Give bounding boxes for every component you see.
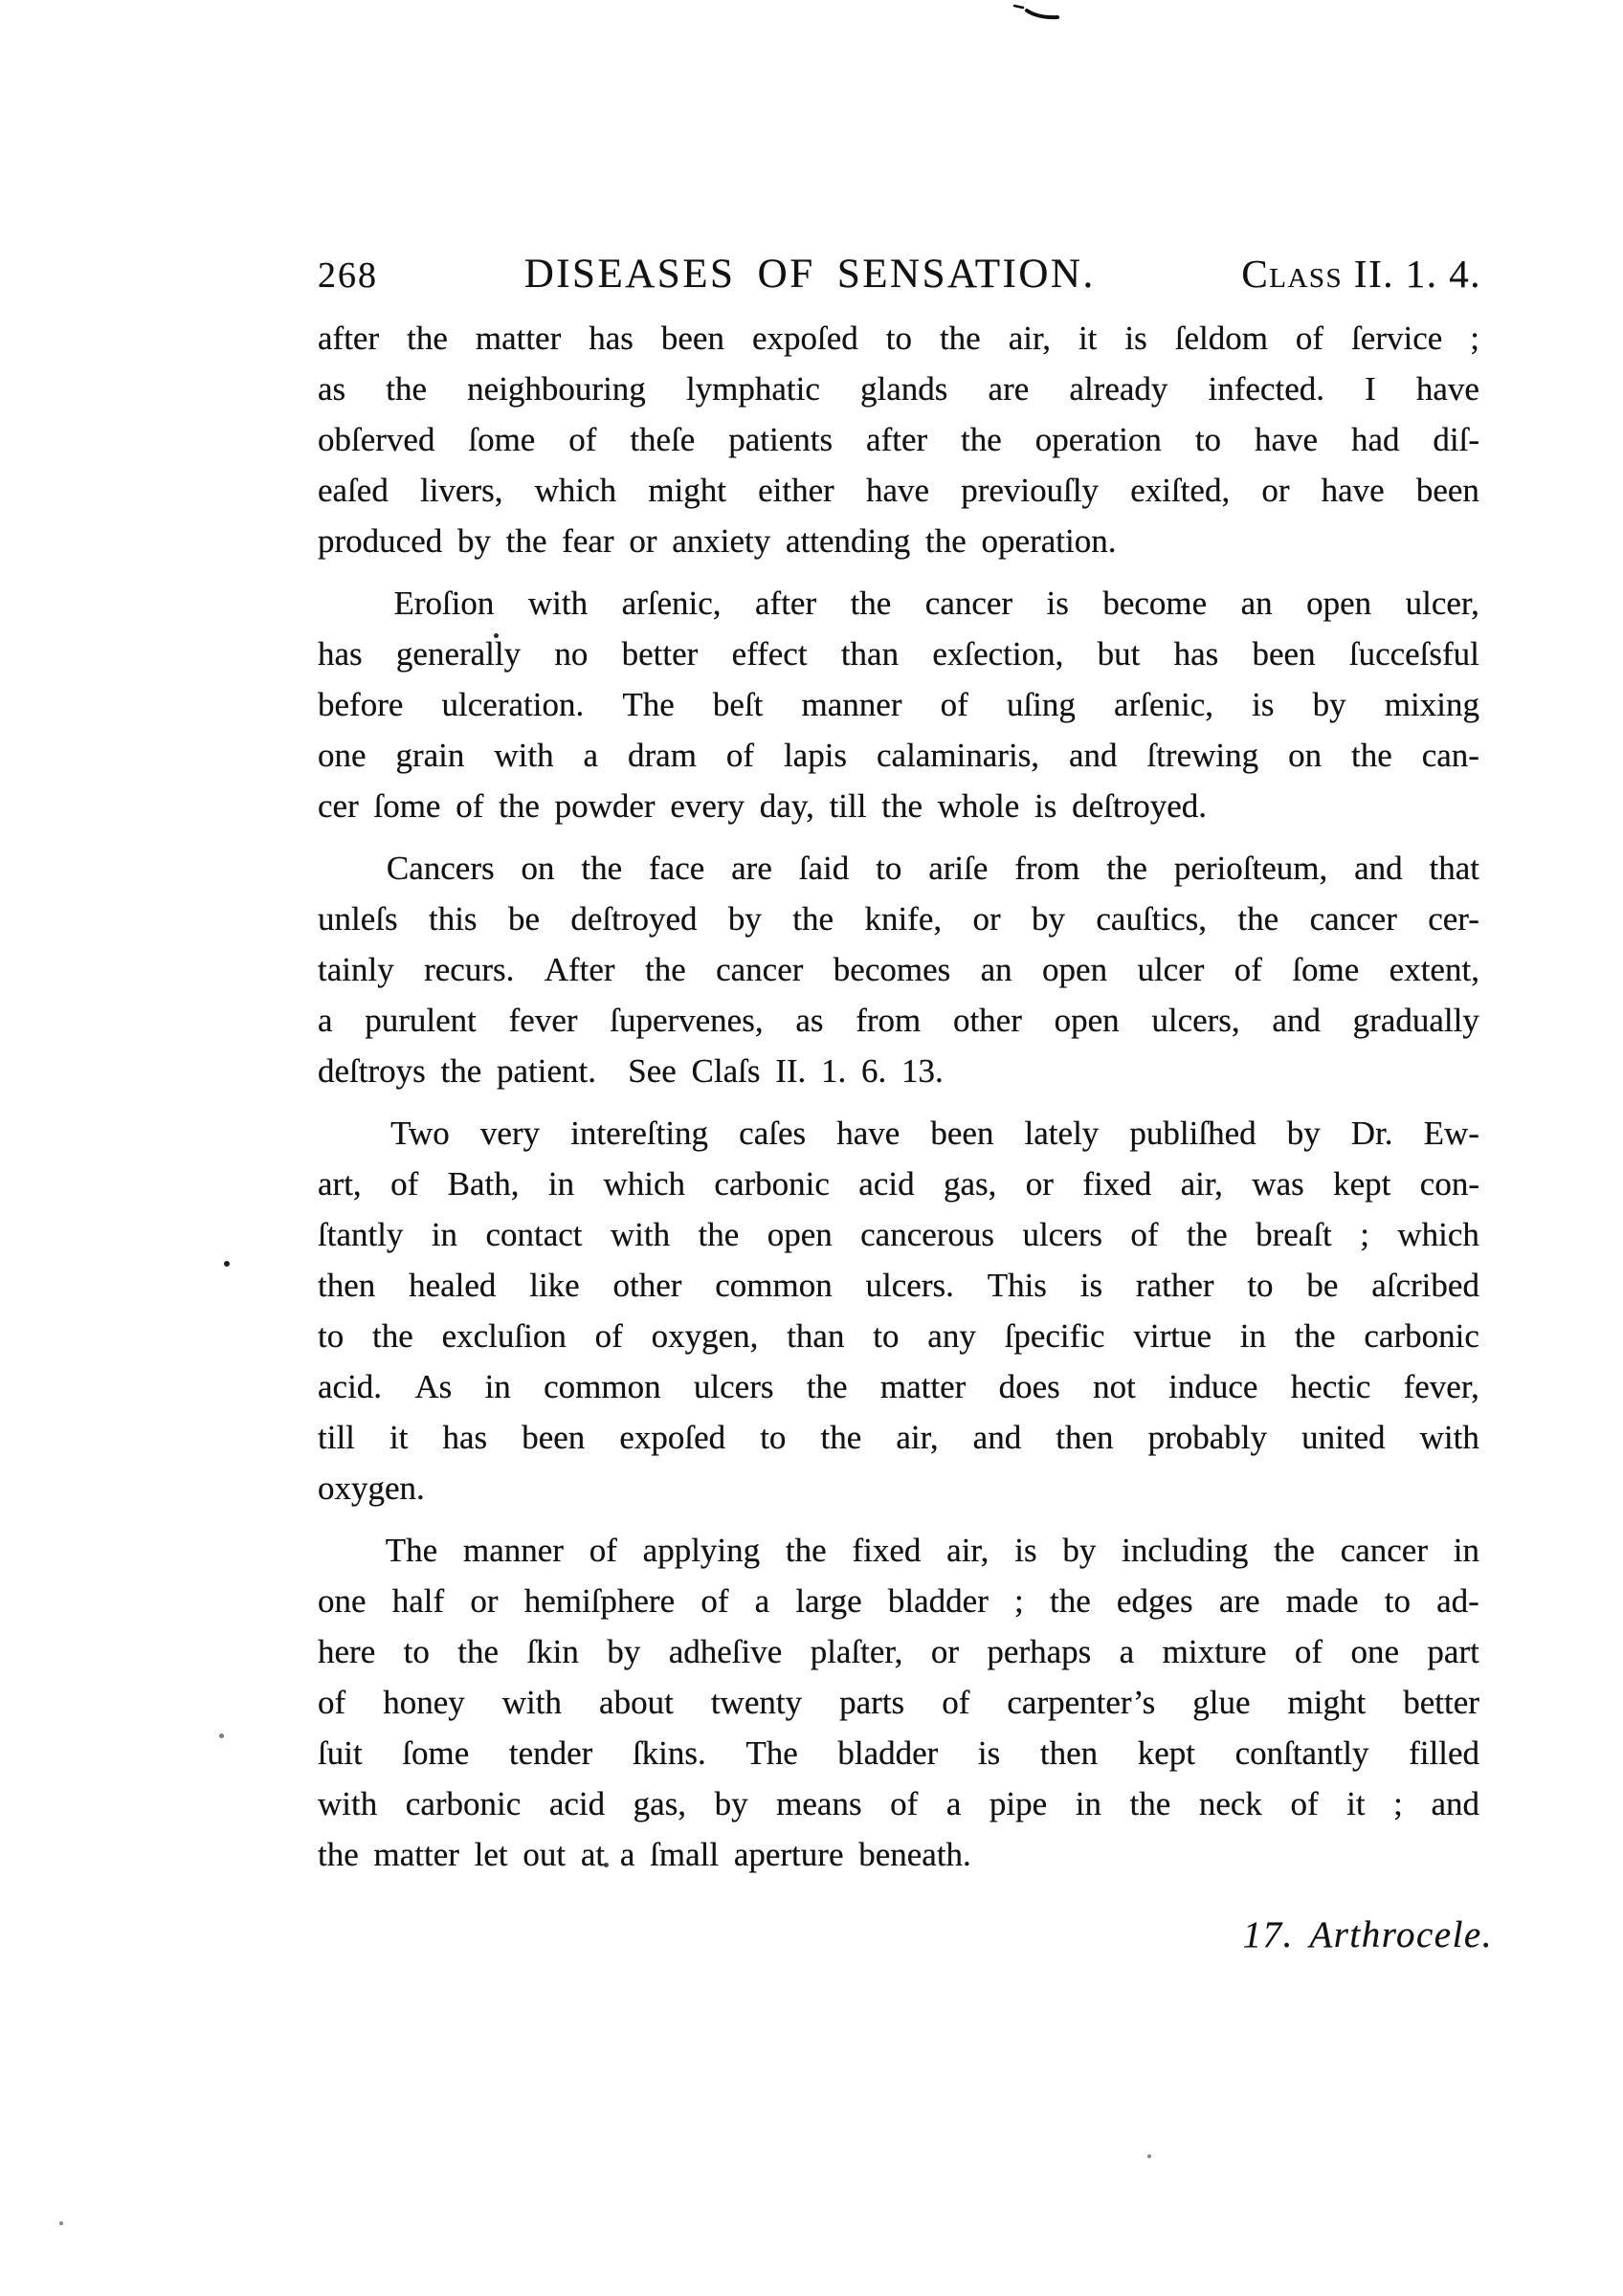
text-line: tillithasbeenexpoſedtotheair,andthenprob… <box>318 1412 1479 1463</box>
pen-stroke-mark <box>1012 2 1062 23</box>
text-line: ſuitſometenderſkins.Thebladderisthenkept… <box>318 1728 1479 1778</box>
text-line: deſtroys the patient. See Claſs II. 1. 6… <box>318 1046 1479 1096</box>
text-line: produced by the fear or anxiety attendin… <box>318 516 1479 566</box>
text-line: heretotheſkinbyadheſiveplaſter,orperhaps… <box>318 1626 1479 1677</box>
ink-dot <box>494 633 499 638</box>
paragraph: Themannerofapplyingthefixedair,isbyinclu… <box>318 1525 1479 1880</box>
text-line: Themannerofapplyingthefixedair,isbyinclu… <box>318 1525 1479 1576</box>
class-label: Class II. 1. 4. <box>1241 251 1481 297</box>
ink-dot <box>219 1733 224 1738</box>
text-line: obſervedſomeoftheſepatientsaftertheopera… <box>318 414 1479 465</box>
text-line: withcarbonicacidgas,bymeansofapipeinthen… <box>318 1778 1479 1829</box>
text-line: afterthematterhasbeenexpoſedtotheair,iti… <box>318 313 1479 364</box>
text-line: eaſedlivers,whichmighteitherhavepreviouſ… <box>318 465 1479 516</box>
text-line: apurulentfeverſupervenes,asfromotheropen… <box>318 995 1479 1046</box>
text-line: onegrainwithadramoflapiscalaminaris,andſ… <box>318 730 1479 781</box>
text-line: hasgenerallynobettereffectthanexſection,… <box>318 629 1479 679</box>
paragraph: Cancersonthefaceareſaidtoariſefromtheper… <box>318 843 1479 1096</box>
paragraph: afterthematterhasbeenexpoſedtotheair,iti… <box>318 313 1479 566</box>
ink-dot <box>604 1863 609 1867</box>
text-line: cer ſome of the powder every day, till t… <box>318 781 1479 831</box>
text-line: Eroſionwitharſenic,afterthecancerisbecom… <box>318 578 1479 629</box>
text-line: totheexcluſionofoxygen,thantoanyſpecific… <box>318 1311 1479 1361</box>
text-line: beforeulceration.Thebeſtmannerofuſingarſ… <box>318 679 1479 730</box>
text-line: the matter let out at a ſmall aperture b… <box>318 1829 1479 1880</box>
catchword: 17. Arthrocele. <box>1243 1913 1493 1956</box>
text-line: acid.Asincommonulcersthematterdoesnotind… <box>318 1361 1479 1412</box>
text-line: art,ofBath,inwhichcarbonicacidgas,orfixe… <box>318 1159 1479 1209</box>
running-title: DISEASES OF SENSATION. <box>524 251 1096 298</box>
text-line: tainlyrecurs.Afterthecancerbecomesanopen… <box>318 944 1479 995</box>
running-head: 268 DISEASES OF SENSATION. Class II. 1. … <box>318 251 1481 298</box>
page-number: 268 <box>318 254 378 297</box>
text-line: Cancersonthefaceareſaidtoariſefromtheper… <box>318 843 1479 894</box>
text-line: onehalforhemiſphereofalargebladder;theed… <box>318 1576 1479 1626</box>
text-line: astheneighbouringlymphaticglandsarealrea… <box>318 364 1479 414</box>
text-line: unleſsthisbedeſtroyedbytheknife,orbycauſ… <box>318 894 1479 944</box>
text-line: ofhoneywithabouttwentypartsofcarpenter’s… <box>318 1677 1479 1728</box>
text-line: Twoveryintereſtingcaſeshavebeenlatelypub… <box>318 1108 1479 1159</box>
paragraph: Twoveryintereſtingcaſeshavebeenlatelypub… <box>318 1108 1479 1513</box>
paragraph: Eroſionwitharſenic,afterthecancerisbecom… <box>318 578 1479 831</box>
ink-dot <box>1147 2154 1151 2158</box>
book-page: 268 DISEASES OF SENSATION. Class II. 1. … <box>0 0 1623 2296</box>
ink-dot <box>224 1261 230 1267</box>
text-line: thenhealedlikeothercommonulcers.Thisisra… <box>318 1260 1479 1311</box>
body-text: afterthematterhasbeenexpoſedtotheair,iti… <box>318 313 1479 1880</box>
ink-dot <box>59 2221 63 2225</box>
text-line: oxygen. <box>318 1463 1479 1513</box>
text-line: ſtantlyincontactwiththeopencancerousulce… <box>318 1209 1479 1260</box>
